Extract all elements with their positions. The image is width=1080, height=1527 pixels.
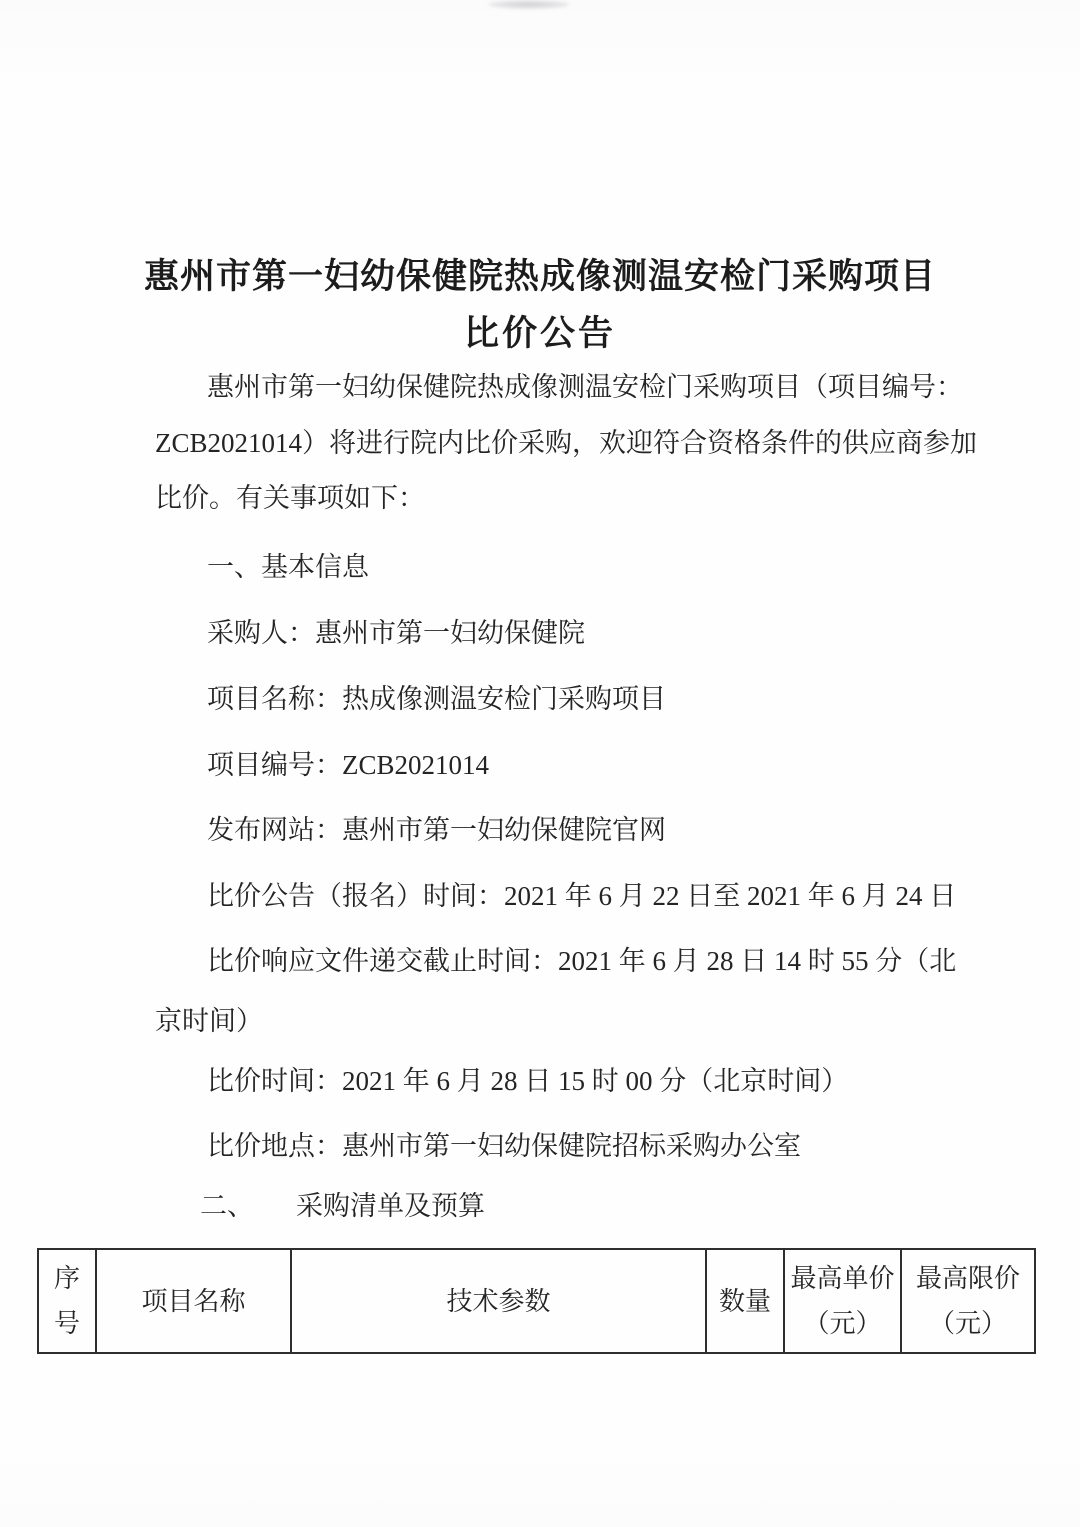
table-header-max-unit-price-line2: （元）	[803, 1301, 881, 1346]
intro-line-1: 惠州市第一妇幼保健院热成像测温安检门采购项目（项目编号：	[207, 370, 963, 404]
procurement-table: 序 号 项目名称 技术参数 数量 最高单价 （元） 最高限价 （元）	[37, 1248, 1036, 1354]
table-header-serial-number: 序 号	[39, 1250, 97, 1352]
section2-title: 采购清单及预算	[296, 1191, 485, 1221]
table-header-max-price-limit-line2: （元）	[929, 1301, 1007, 1346]
table-header-max-unit-price-line1: 最高单价	[790, 1256, 894, 1301]
table-header-quantity-label: 数量	[719, 1279, 771, 1324]
table-header-technical-parameters-label: 技术参数	[446, 1279, 550, 1324]
info-notice-period: 比价公告（报名）时间：2021 年 6 月 22 日至 2021 年 6 月 2…	[207, 879, 956, 913]
info-deadline-line2: 京时间）	[155, 1004, 263, 1038]
table-header-serial-line2: 号	[54, 1301, 80, 1346]
document-title-line1: 惠州市第一妇幼保健院热成像测温安检门采购项目	[0, 249, 1080, 299]
info-project-name: 项目名称：热成像测温安检门采购项目	[207, 682, 666, 716]
table-header-project-name: 项目名称	[97, 1250, 292, 1352]
document-title-line2: 比价公告	[0, 306, 1080, 356]
scan-smudge-mark	[488, 0, 570, 9]
info-bidding-time: 比价时间：2021 年 6 月 28 日 15 时 00 分（北京时间）	[207, 1064, 848, 1098]
table-header-quantity: 数量	[707, 1250, 785, 1352]
info-deadline-line1: 比价响应文件递交截止时间：2021 年 6 月 28 日 14 时 55 分（北	[207, 944, 956, 978]
intro-line-2: ZCB2021014）将进行院内比价采购，欢迎符合资格条件的供应商参加	[155, 426, 977, 460]
section1-heading: 一、基本信息	[207, 550, 369, 584]
table-header-max-price-limit: 最高限价 （元）	[902, 1250, 1034, 1352]
scanned-document-page: 惠州市第一妇幼保健院热成像测温安检门采购项目 比价公告 惠州市第一妇幼保健院热成…	[0, 0, 1080, 1527]
info-publish-website: 发布网站：惠州市第一妇幼保健院官网	[207, 813, 666, 847]
table-header-project-name-label: 项目名称	[141, 1279, 245, 1324]
info-project-number: 项目编号：ZCB2021014	[207, 748, 489, 782]
info-bidding-location: 比价地点：惠州市第一妇幼保健院招标采购办公室	[207, 1129, 801, 1163]
info-purchaser: 采购人：惠州市第一妇幼保健院	[207, 616, 585, 650]
table-header-serial-line1: 序	[54, 1256, 80, 1301]
section2-heading: 二、采购清单及预算	[200, 1189, 485, 1223]
table-header-max-price-limit-line1: 最高限价	[916, 1256, 1020, 1301]
section2-number: 二、	[200, 1191, 254, 1221]
intro-line-3: 比价。有关事项如下：	[155, 481, 425, 515]
table-header-max-unit-price: 最高单价 （元）	[785, 1250, 902, 1352]
table-header-technical-parameters: 技术参数	[292, 1250, 707, 1352]
